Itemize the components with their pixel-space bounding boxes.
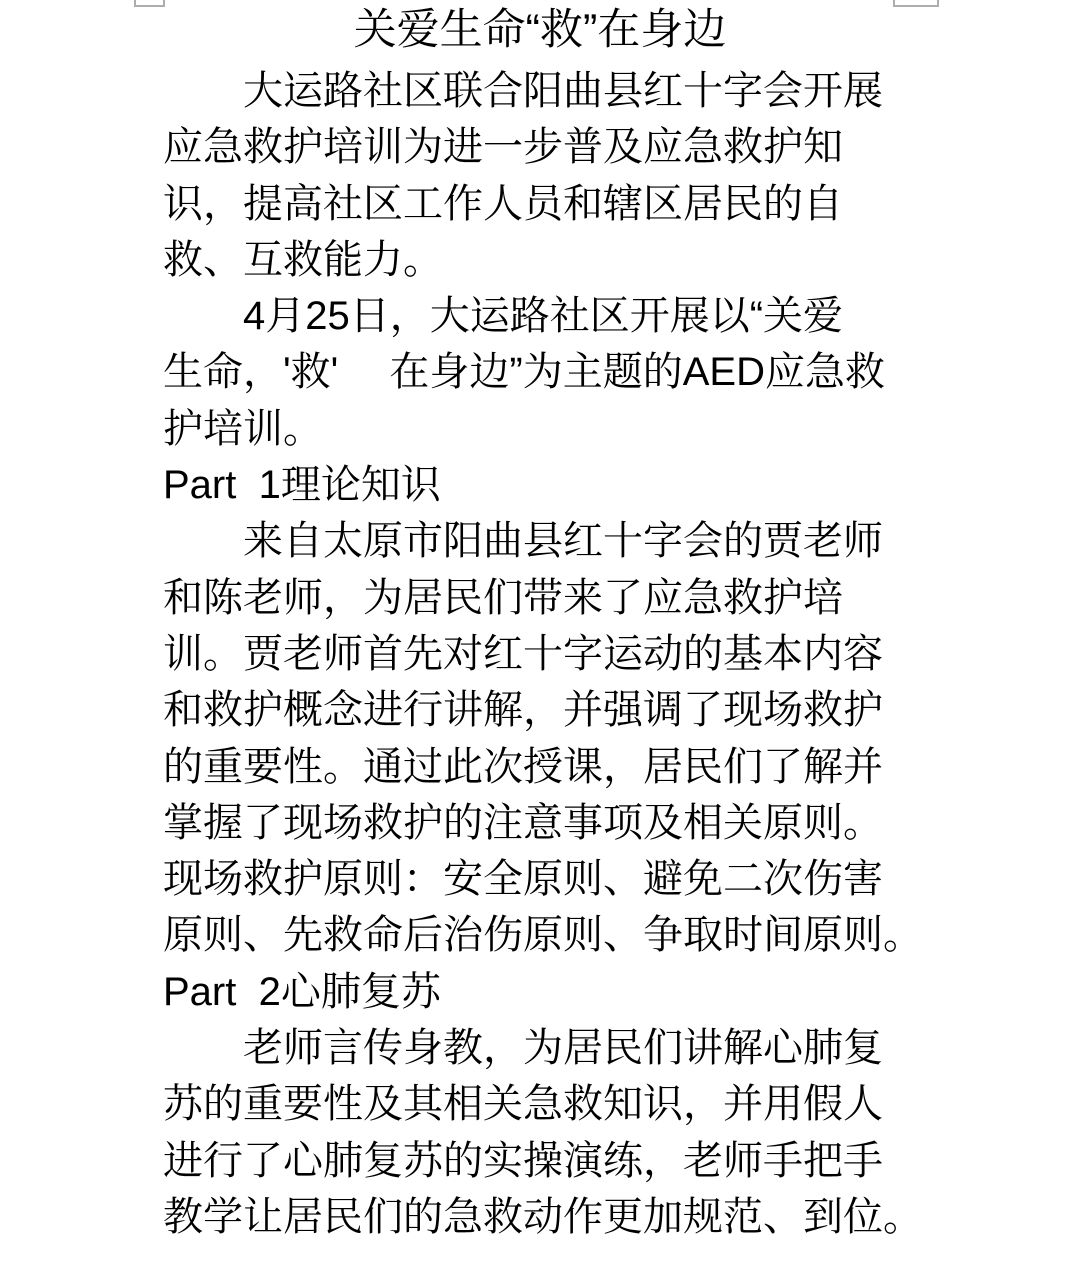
- text-line: 和救护概念进行讲解，并强调了现场救护: [163, 682, 1080, 738]
- text-line: 应急救护培训为进一步普及应急救护知: [163, 119, 1080, 175]
- text-line: Part 1理论知识: [163, 457, 1080, 513]
- text-line: 进行了心肺复苏的实操演练，老师手把手: [163, 1133, 1080, 1189]
- text-line: 教学让居民们的急救动作更加规范、到位。: [163, 1189, 1080, 1245]
- text-line: 护培训。: [163, 401, 1080, 457]
- text-line: 现场救护原则：安全原则、避免二次伤害: [163, 851, 1080, 907]
- text-line: 和陈老师，为居民们带来了应急救护培: [163, 570, 1080, 626]
- text-line: 救、互救能力。: [163, 232, 1080, 288]
- crop-handle-right[interactable]: [893, 0, 939, 7]
- crop-handle-left[interactable]: [134, 0, 165, 7]
- text-line: 的重要性。通过此次授课，居民们了解并: [163, 739, 1080, 795]
- text-line: 掌握了现场救护的注意事项及相关原则。: [163, 795, 1080, 851]
- text-line: 训。贾老师首先对红十字运动的基本内容: [163, 626, 1080, 682]
- text-line: 老师言传身教，为居民们讲解心肺复: [163, 1020, 1080, 1076]
- document-title: 关爱生命“救”在身边: [163, 2, 917, 58]
- document-page: 关爱生命“救”在身边 大运路社区联合阳曲县红十字会开展应急救护培训为进一步普及应…: [0, 0, 1080, 1267]
- text-line: 大运路社区联合阳曲县红十字会开展: [163, 63, 1080, 119]
- document-lines: 大运路社区联合阳曲县红十字会开展应急救护培训为进一步普及应急救护知识，提高社区工…: [163, 63, 1080, 1245]
- text-line: 识，提高社区工作人员和辖区居民的自: [163, 176, 1080, 232]
- document-body: 关爱生命“救”在身边 大运路社区联合阳曲县红十字会开展应急救护培训为进一步普及应…: [0, 0, 1080, 1245]
- text-line: 生命，'救' 在身边”为主题的AED应急救: [163, 344, 1080, 400]
- text-line: 来自太原市阳曲县红十字会的贾老师: [163, 513, 1080, 569]
- text-line: 4月25日，大运路社区开展以“关爱: [163, 288, 1080, 344]
- text-line: 苏的重要性及其相关急救知识，并用假人: [163, 1076, 1080, 1132]
- text-line: Part 2心肺复苏: [163, 964, 1080, 1020]
- text-line: 原则、先救命后治伤原则、争取时间原则。: [163, 907, 1080, 963]
